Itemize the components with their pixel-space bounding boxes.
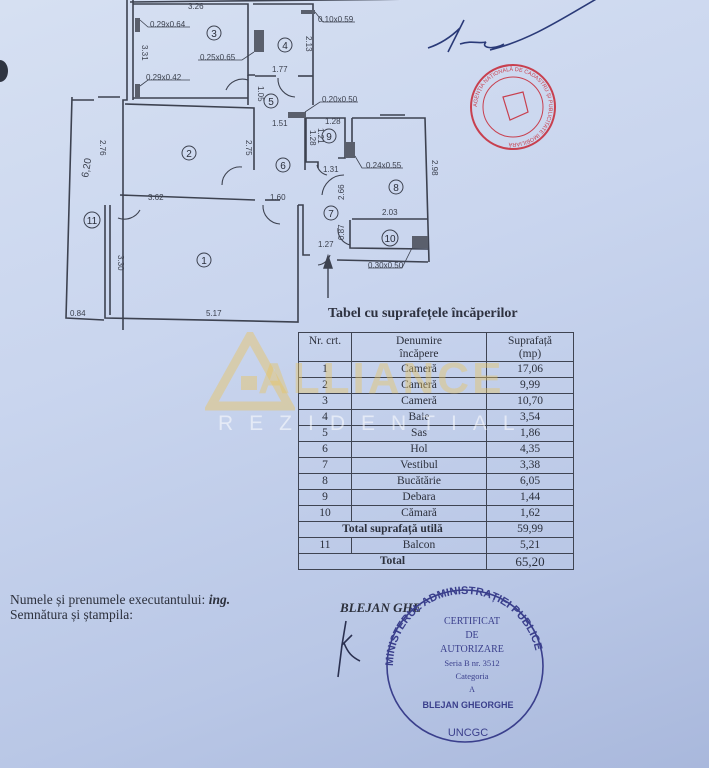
svg-text:2.13: 2.13 <box>304 36 313 52</box>
svg-text:4: 4 <box>282 41 288 52</box>
svg-text:BLEJAN GHEORGHE: BLEJAN GHEORGHE <box>422 700 513 710</box>
svg-text:Categoria: Categoria <box>455 671 488 681</box>
svg-text:10: 10 <box>384 234 396 245</box>
svg-text:1.77: 1.77 <box>272 65 288 74</box>
signature-adriana-baran <box>420 0 620 70</box>
svg-text:3.62: 3.62 <box>148 193 164 202</box>
svg-text:0.30x0.50: 0.30x0.50 <box>368 261 404 270</box>
svg-text:UNCGC: UNCGC <box>448 727 488 739</box>
table-row: 7Vestibul3,38 <box>299 458 574 474</box>
red-stamp-ancpi: ing. ADRIANA BARAN AGENȚIA NAȚIONALĂ DE … <box>468 62 558 157</box>
svg-text:CERTIFICAT: CERTIFICAT <box>444 616 500 627</box>
svg-text:5.17: 5.17 <box>206 309 222 318</box>
svg-text:Seria B nr. 3512: Seria B nr. 3512 <box>444 658 499 668</box>
svg-text:0.24x0.55: 0.24x0.55 <box>366 161 402 170</box>
svg-text:A: A <box>469 685 475 694</box>
total-row: Total65,20 <box>299 554 574 570</box>
svg-text:9: 9 <box>326 132 332 143</box>
room-markers: 1 2 3 4 5 6 7 8 9 10 11 <box>84 26 403 267</box>
signature-blejan <box>330 615 370 685</box>
svg-text:3.31: 3.31 <box>140 45 149 61</box>
svg-text:6,20: 6,20 <box>80 157 94 179</box>
svg-text:5: 5 <box>268 97 274 108</box>
balcony-row: 11Balcon5,21 <box>299 538 574 554</box>
svg-text:0.29x0.64: 0.29x0.64 <box>150 20 186 29</box>
svg-text:1.27: 1.27 <box>318 240 334 249</box>
svg-text:0.87: 0.87 <box>337 224 346 240</box>
svg-text:3: 3 <box>211 29 217 40</box>
svg-text:0.10x0.59: 0.10x0.59 <box>318 15 354 24</box>
svg-text:0.29x0.42: 0.29x0.42 <box>146 73 182 82</box>
table-title: Tabel cu suprafețele încăperilor <box>328 306 518 322</box>
document-page: 1 2 3 4 5 6 7 8 9 10 11 3.26 0.29x0.64 0… <box>0 0 709 768</box>
signature-label: Semnătura și ștampila: <box>10 607 230 622</box>
svg-text:1.51: 1.51 <box>272 119 288 128</box>
svg-text:2.03: 2.03 <box>382 208 398 217</box>
svg-text:1.28: 1.28 <box>308 130 317 146</box>
svg-text:3.30: 3.30 <box>116 255 125 271</box>
watermark-brand: ALLIANCE <box>258 354 504 404</box>
svg-text:AGENȚIA NAȚIONALĂ DE CADASTRU: AGENȚIA NAȚIONALĂ DE CADASTRU ȘI PUBLICI… <box>473 66 553 148</box>
svg-text:3.26: 3.26 <box>188 2 204 11</box>
svg-text:2.75: 2.75 <box>244 140 253 156</box>
svg-text:0.20x0.50: 0.20x0.50 <box>322 95 358 104</box>
svg-text:AUTORIZARE: AUTORIZARE <box>440 644 504 655</box>
svg-text:1.05: 1.05 <box>256 86 265 102</box>
svg-text:11: 11 <box>87 216 98 227</box>
blue-stamp-authorization: MINISTERUL ADMINISTRAȚIEI PUBLICE CERTIF… <box>380 578 550 753</box>
svg-text:DE: DE <box>465 630 478 641</box>
svg-text:1.60: 1.60 <box>270 193 286 202</box>
svg-text:6: 6 <box>280 161 286 172</box>
total-useful-row: Total suprafață utilă59,99 <box>299 522 574 538</box>
executor-block: Numele și prenumele executantului: ing. … <box>10 592 230 622</box>
svg-text:2: 2 <box>186 149 192 160</box>
svg-text:1: 1 <box>201 256 207 267</box>
svg-text:2.66: 2.66 <box>337 184 346 200</box>
svg-text:2.98: 2.98 <box>430 160 439 176</box>
watermark-sub: REZIDENTIAL <box>218 412 531 436</box>
table-row: 10Cămară1,62 <box>299 506 574 522</box>
executor-title: ing. <box>209 592 230 607</box>
svg-text:7: 7 <box>328 209 334 220</box>
table-row: 9Debara1,44 <box>299 490 574 506</box>
svg-text:1.21: 1.21 <box>316 128 325 144</box>
svg-text:0.25x0.65: 0.25x0.65 <box>200 53 236 62</box>
table-row: 8Bucătărie6,05 <box>299 474 574 490</box>
executor-name-label: Numele și prenumele executantului: <box>10 592 205 607</box>
table-row: 6Hol4,35 <box>299 442 574 458</box>
svg-text:1.31: 1.31 <box>323 165 339 174</box>
svg-text:8: 8 <box>393 183 399 194</box>
svg-text:0.84: 0.84 <box>70 309 86 318</box>
svg-text:1.28: 1.28 <box>325 117 341 126</box>
svg-text:2.76: 2.76 <box>98 140 107 156</box>
